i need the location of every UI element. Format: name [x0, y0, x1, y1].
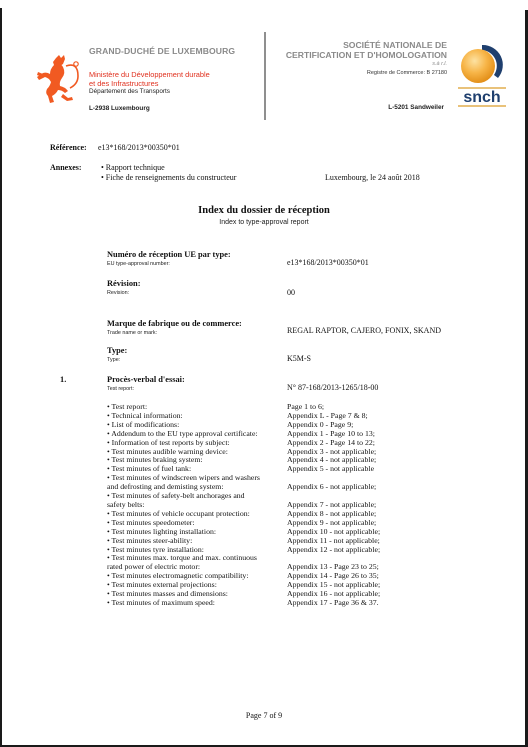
snch-header: SOCIÉTÉ NATIONALE DE CERTIFICATION ET D'…	[272, 40, 447, 76]
country-name: GRAND-DUCHÉ DE LUXEMBOURG	[89, 46, 235, 56]
list-item: • Test minutes of maximum speed:Appendix…	[107, 599, 407, 608]
reference-label: Référence:	[50, 143, 87, 152]
government-address: L-2938 Luxembourg	[89, 105, 150, 112]
place-date: Luxembourg, le 24 août 2018	[325, 173, 420, 182]
trade-name-sublabel: Trade name or mark:	[107, 330, 157, 336]
test-report-sublabel: Test report:	[107, 386, 134, 392]
page-border-left	[0, 8, 2, 747]
list-item-reference: Appendix 5 - not applicable	[287, 465, 374, 474]
list-item-description: • Test minutes of maximum speed:	[107, 599, 287, 608]
snch-name-line1: SOCIÉTÉ NATIONALE DE	[272, 40, 447, 50]
annexes-list: • Rapport technique • Fiche de renseigne…	[101, 163, 236, 183]
annexes-label: Annexes:	[50, 163, 82, 172]
revision-value: 00	[287, 288, 295, 297]
ministry-name: Ministère du Développement durable et de…	[89, 70, 210, 88]
page-subtitle: Index to type-approval report	[0, 219, 528, 226]
list-item-reference: Appendix 12 - not applicable;	[287, 546, 380, 555]
annex-item: • Fiche de renseignements du constructeu…	[101, 173, 236, 183]
list-item-reference: Appendix 7 - not applicable;	[287, 492, 376, 510]
department-name: Département des Transports	[89, 88, 170, 95]
page-number: Page 7 of 9	[0, 711, 528, 720]
approval-number-label: Numéro de réception UE par type:	[107, 250, 231, 259]
snch-address: L-5201 Sandweiler	[272, 104, 444, 111]
approval-number-value: e13*168/2013*00350*01	[287, 258, 369, 267]
list-item: • Test minutes of windscreen wipers and …	[107, 474, 407, 492]
page-title: Index du dossier de réception	[0, 205, 528, 216]
list-item-description: • Test minutes of safety-belt anchorages…	[107, 492, 287, 510]
type-sublabel: Type:	[107, 357, 120, 363]
list-item-description: • Test minutes max. torque and max. cont…	[107, 554, 287, 572]
snch-sphere-logo: snch	[452, 42, 510, 110]
test-report-label: Procès-verbal d'essai:	[107, 375, 185, 384]
annex-item: • Rapport technique	[101, 163, 236, 173]
type-label: Type:	[107, 346, 127, 355]
section-number: 1.	[60, 375, 66, 384]
registry-number: Registre de Commerce: B 27180	[272, 70, 447, 76]
list-item-reference: Appendix 6 - not applicable;	[287, 474, 376, 492]
list-item-reference: Appendix 13 - Page 23 to 25;	[287, 554, 379, 572]
list-item: • Test minutes max. torque and max. cont…	[107, 554, 407, 572]
reference-value: e13*168/2013*00350*01	[98, 143, 180, 152]
revision-sublabel: Revision:	[107, 290, 129, 296]
revision-label: Révision:	[107, 279, 141, 288]
legal-form: s.à r.l.	[272, 61, 447, 67]
type-value: K5M-S	[287, 354, 311, 363]
list-item-description: • Test minutes of windscreen wipers and …	[107, 474, 287, 492]
list-item: • Test minutes of safety-belt anchorages…	[107, 492, 407, 510]
trade-name-label: Marque de fabrique ou de commerce:	[107, 319, 242, 328]
red-lion-icon	[36, 54, 82, 108]
snch-name-line2: CERTIFICATION ET D'HOMOLOGATION	[272, 50, 447, 60]
list-item-reference: Appendix 17 - Page 36 & 37.	[287, 599, 379, 608]
appendix-list: • Test report:Page 1 to 6;• Technical in…	[107, 403, 407, 608]
test-report-value: N° 87-168/2013-1265/18-00	[287, 383, 378, 392]
svg-text:snch: snch	[463, 89, 500, 106]
trade-name-value: REGAL RAPTOR, CAJERO, FONIX, SKAND	[287, 326, 441, 335]
header-divider	[264, 32, 266, 120]
approval-number-sublabel: EU type-approval number:	[107, 261, 170, 267]
